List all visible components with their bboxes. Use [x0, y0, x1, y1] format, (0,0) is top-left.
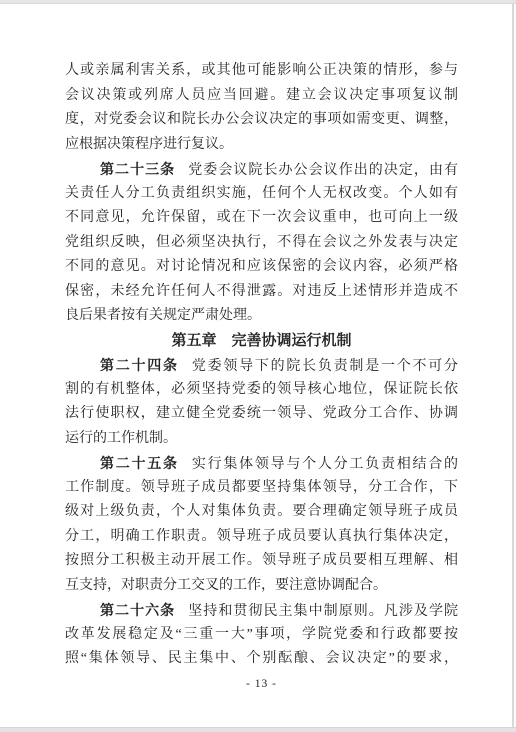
article-line: 第二十五条实行集体领导与个人分工负责相结合的 [65, 451, 458, 476]
article-number: 第二十六条 [100, 602, 175, 618]
text-line: 度，对党委会议和院长办公会议决定的事项如需变更、调整， [65, 108, 458, 133]
text-line: 互支持，对职责分工交叉的工作，要注意协调配合。 [65, 574, 458, 599]
article-number: 第二十四条 [100, 357, 179, 373]
text-line: 改革发展稳定及“三重一大”事项，学院党委和行政都要按 [65, 623, 458, 648]
text-line: 人或亲属利害关系，或其他可能影响公正决策的情形，参与 [65, 59, 458, 84]
text-line: 良后果者按有关规定严肃处理。 [65, 304, 458, 329]
page-edge-top [0, 0, 516, 4]
page-edge-right [512, 4, 514, 727]
page-edge-bottom [0, 727, 516, 732]
text-line: 会议决策或列席人员应当回避。建立会议决定事项复议制 [65, 84, 458, 109]
text-line: 工作制度。领导班子成员都要坚持集体领导，分工合作，下 [65, 476, 458, 501]
text-line: 割的有机整体，必须坚持党委的领导核心地位，保证院长依 [65, 378, 458, 403]
article-line: 第二十六条坚持和贯彻民主集中制原则。凡涉及学院 [65, 598, 458, 623]
article-number: 第二十五条 [100, 455, 179, 471]
text-line: 不同的意见。对讨论情况和应该保密的会议内容，必须严格 [65, 255, 458, 280]
chapter-heading: 第五章 完善协调运行机制 [65, 329, 458, 354]
text-line: 党组织反映，但必须坚决执行，不得在会议之外发表与决定 [65, 231, 458, 256]
text-line: 级对上级负责，个人对集体负责。要合理确定领导班子成员 [65, 500, 458, 525]
text-line: 不同意见，允许保留，或在下一次会议重申，也可向上一级 [65, 206, 458, 231]
article-number: 第二十三条 [100, 161, 175, 177]
text-line: 应根据决策程序进行复议。 [65, 133, 458, 158]
text-line: 运行的工作机制。 [65, 427, 458, 452]
article-text: 党委会议院长办公会议作出的决定，由有 [188, 163, 458, 178]
text-line: 关责任人分工负责组织实施，任何个人无权改变。个人如有 [65, 182, 458, 207]
page-number: - 13 - [65, 672, 458, 696]
article-line: 第二十四条党委领导下的院长负责制是一个不可分 [65, 353, 458, 378]
article-text: 实行集体领导与个人分工负责相结合的 [192, 457, 458, 472]
article-line: 第二十三条党委会议院长办公会议作出的决定，由有 [65, 157, 458, 182]
text-line: 分工，明确工作职责。领导班子成员要认真执行集体决定， [65, 525, 458, 550]
document-body: 人或亲属利害关系，或其他可能影响公正决策的情形，参与会议决策或列席人员应当回避。… [65, 59, 458, 672]
article-text: 坚持和贯彻民主集中制原则。凡涉及学院 [188, 604, 458, 619]
text-line: 照“集体领导、民主集中、个别酝酿、会议决定”的要求， [65, 647, 458, 672]
text-line: 按照分工积极主动开展工作。领导班子成员要相互理解、相 [65, 549, 458, 574]
text-line: 法行使职权，建立健全党委统一领导、党政分工合作、协调 [65, 402, 458, 427]
document-page: 人或亲属利害关系，或其他可能影响公正决策的情形，参与会议决策或列席人员应当回避。… [0, 0, 516, 732]
text-line: 保密，未经允许任何人不得泄露。对违反上述情形并造成不 [65, 280, 458, 305]
article-text: 党委领导下的院长负责制是一个不可分 [192, 359, 458, 374]
